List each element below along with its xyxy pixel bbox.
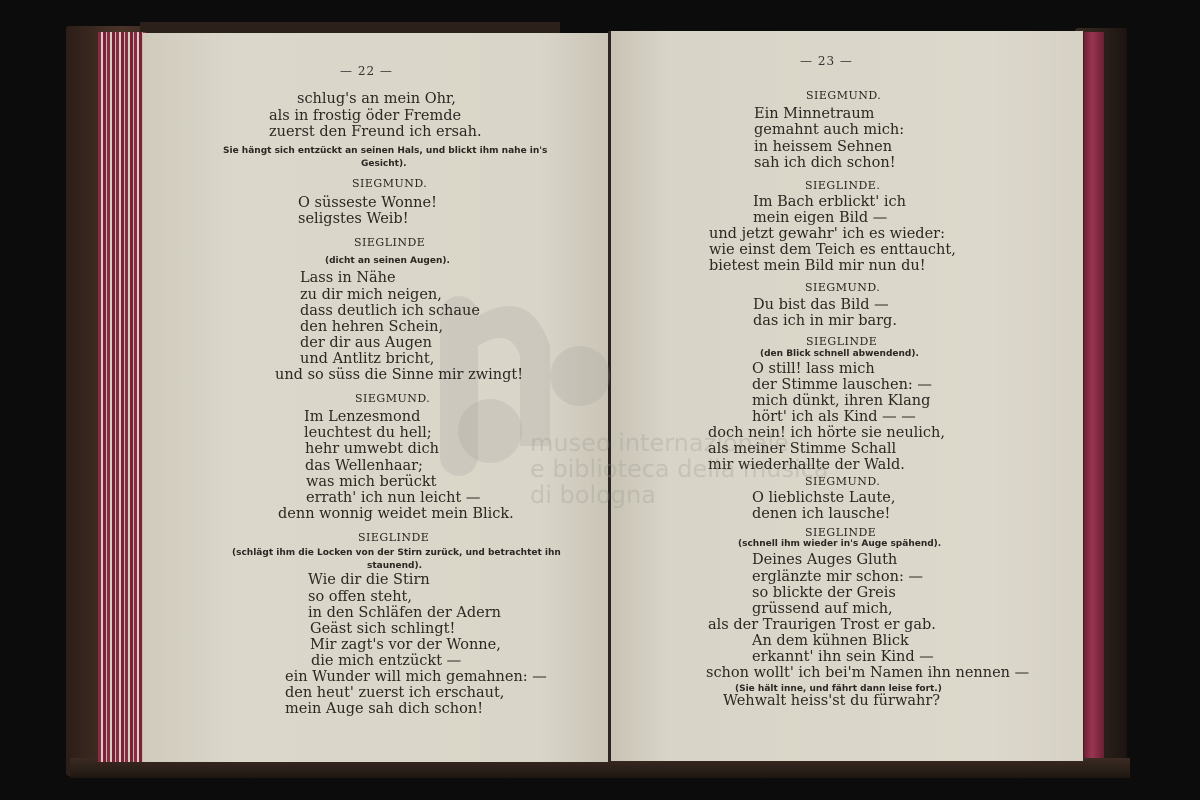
verse-line: das ich in mir barg.: [753, 313, 897, 329]
verse-line: und so süss die Sinne mir zwingt!: [275, 367, 523, 383]
verse-line: leuchtest du hell;: [304, 425, 432, 441]
verse-line: als der Traurigen Trost er gab.: [708, 617, 936, 633]
verse-line: ein Wunder will mich gemahnen: —: [285, 669, 547, 685]
speaker-name: SIEGLINDE: [354, 236, 425, 249]
verse-line: Deines Auges Gluth: [752, 552, 897, 568]
verse-line: denen ich lausche!: [752, 506, 890, 522]
verse-line: mein eigen Bild —: [753, 210, 887, 226]
verse-line: so blickte der Greis: [752, 585, 896, 601]
verse-line: sah ich dich schon!: [754, 155, 896, 171]
verse-line: Du bist das Bild —: [753, 297, 889, 313]
stage-direction: Sie hängt sich entzückt an seinen Hals, …: [223, 146, 547, 156]
verse-line: hört' ich als Kind — —: [752, 409, 916, 425]
verse-line: zu dir mich neigen,: [300, 287, 442, 303]
verse-line: und jetzt gewahr' ich es wieder:: [709, 226, 945, 242]
page-number-left: — 22 —: [340, 64, 393, 78]
verse-line: schon wollt' ich bei'm Namen ihn nennen …: [706, 665, 1029, 681]
speaker-name: SIEGLINDE.: [805, 179, 880, 192]
verse-line: bietest mein Bild mir nun du!: [709, 258, 926, 274]
stage-direction: (den Blick schnell abwendend).: [760, 349, 919, 359]
verse-line: Im Bach erblickt' ich: [753, 194, 906, 210]
verse-line: die mich entzückt —: [311, 653, 461, 669]
verse-line: doch nein! ich hörte sie neulich,: [708, 425, 945, 441]
verse-line: gemahnt auch mich:: [754, 122, 904, 138]
verse-line: hehr umwebt dich: [305, 441, 439, 457]
stage-direction: (schnell ihm wieder in's Auge spähend).: [738, 539, 941, 549]
verse-line: mich dünkt, ihren Klang: [752, 393, 930, 409]
verse-line: Im Lenzesmond: [304, 409, 420, 425]
verse-line: O süsseste Wonne!: [298, 195, 437, 211]
verse-line: als meiner Stimme Schall: [708, 441, 896, 457]
verse-line: den hehren Schein,: [300, 319, 443, 335]
speaker-name: SIEGLINDE: [358, 531, 429, 544]
speaker-name: SIEGMUND.: [806, 89, 881, 102]
verse-line: O still! lass mich: [752, 361, 875, 377]
speaker-name: SIEGMUND.: [352, 177, 427, 190]
verse-line: seligstes Weib!: [298, 211, 409, 227]
stage-direction: Gesicht).: [361, 159, 407, 169]
verse-line: Lass in Nähe: [300, 270, 396, 286]
verse-line: in heissem Sehnen: [754, 139, 892, 155]
stage-direction: (dicht an seinen Augen).: [325, 256, 450, 266]
verse-line: den heut' zuerst ich erschaut,: [285, 685, 504, 701]
verse-line: so offen steht,: [308, 589, 412, 605]
verse-line: in den Schläfen der Adern: [308, 605, 501, 621]
page-edges-left: [98, 32, 146, 762]
verse-line: mir wiederhallte der Wald.: [708, 457, 905, 473]
speaker-name: SIEGMUND.: [805, 475, 880, 488]
verse-line: wie einst dem Teich es enttaucht,: [709, 242, 956, 258]
speaker-name: SIEGMUND.: [805, 281, 880, 294]
verse-line: errath' ich nun leicht —: [306, 490, 480, 506]
verse-line: Ein Minnetraum: [754, 106, 874, 122]
page-number-right: — 23 —: [800, 54, 853, 68]
verse-line: das Wellenhaar;: [305, 458, 423, 474]
verse-line: als in frostig öder Fremde: [269, 108, 461, 124]
verse-line: Mir zagt's vor der Wonne,: [310, 637, 501, 653]
verse-line: schlug's an mein Ohr,: [297, 91, 456, 107]
speaker-name: SIEGLINDE: [805, 526, 876, 539]
verse-line: der Stimme lauschen: —: [752, 377, 932, 393]
stage-direction: staunend).: [367, 561, 422, 571]
verse-line: Wehwalt heiss'st du fürwahr?: [723, 693, 940, 709]
verse-line: zuerst den Freund ich ersah.: [269, 124, 482, 140]
page-edges-right: [1084, 32, 1104, 758]
verse-line: Geäst sich schlingt!: [310, 621, 455, 637]
verse-line: und Antlitz bricht,: [300, 351, 434, 367]
speaker-name: SIEGLINDE: [806, 335, 877, 348]
verse-line: dass deutlich ich schaue: [300, 303, 480, 319]
verse-line: O lieblichste Laute,: [752, 490, 895, 506]
verse-line: der dir aus Augen: [300, 335, 432, 351]
verse-line: Wie dir die Stirn: [308, 572, 430, 588]
stage-direction: (schlägt ihm die Locken von der Stirn zu…: [232, 548, 561, 558]
verse-line: grüssend auf mich,: [752, 601, 893, 617]
verse-line: erkannt' ihn sein Kind —: [752, 649, 934, 665]
verse-line: mein Auge sah dich schon!: [285, 701, 483, 717]
verse-line: erglänzte mir schon: —: [752, 569, 923, 585]
verse-line: An dem kühnen Blick: [752, 633, 909, 649]
speaker-name: SIEGMUND.: [355, 392, 430, 405]
verse-line: denn wonnig weidet mein Blick.: [278, 506, 514, 522]
book-gutter: [608, 31, 611, 762]
verse-line: was mich berückt: [306, 474, 436, 490]
